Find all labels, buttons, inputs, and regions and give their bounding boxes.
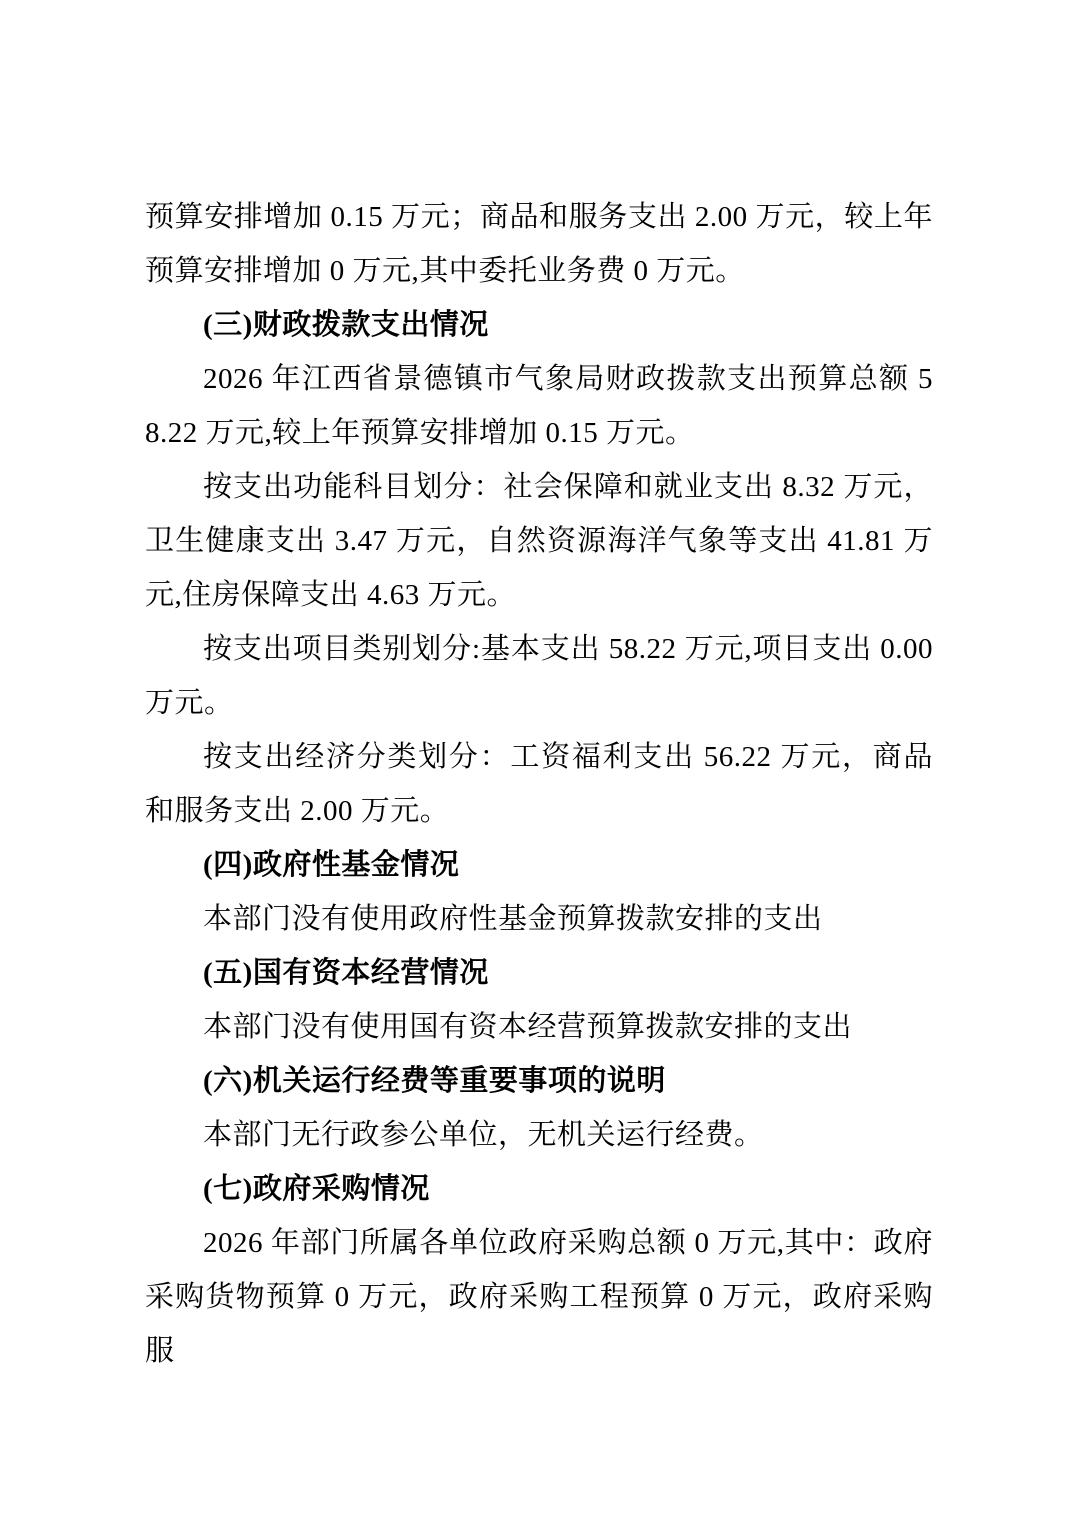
paragraph: 本部门无行政参公单位，无机关运行经费。 (145, 1108, 933, 1162)
document-content: 预算安排增加 0.15 万元；商品和服务支出 2.00 万元，较上年预算安排增加… (145, 190, 933, 1378)
paragraph: 2026 年江西省景德镇市气象局财政拨款支出预算总额 58.22 万元,较上年预… (145, 352, 933, 460)
paragraph: 本部门没有使用国有资本经营预算拨款安排的支出 (145, 1000, 933, 1054)
section-heading: (三)财政拨款支出情况 (145, 298, 933, 352)
section-heading: (七)政府采购情况 (145, 1162, 933, 1216)
paragraph: 按支出功能科目划分：社会保障和就业支出 8.32 万元，卫生健康支出 3.47 … (145, 460, 933, 622)
document-page: 预算安排增加 0.15 万元；商品和服务支出 2.00 万元，较上年预算安排增加… (0, 0, 1074, 1520)
section-heading: (四)政府性基金情况 (145, 838, 933, 892)
paragraph: 按支出项目类别划分:基本支出 58.22 万元,项目支出 0.00 万元。 (145, 622, 933, 730)
paragraph: 2026 年部门所属各单位政府采购总额 0 万元,其中：政府采购货物预算 0 万… (145, 1216, 933, 1378)
paragraph: 预算安排增加 0.15 万元；商品和服务支出 2.00 万元，较上年预算安排增加… (145, 190, 933, 298)
paragraph: 按支出经济分类划分：工资福利支出 56.22 万元，商品和服务支出 2.00 万… (145, 730, 933, 838)
paragraph: 本部门没有使用政府性基金预算拨款安排的支出 (145, 892, 933, 946)
section-heading: (五)国有资本经营情况 (145, 946, 933, 1000)
section-heading: (六)机关运行经费等重要事项的说明 (145, 1054, 933, 1108)
